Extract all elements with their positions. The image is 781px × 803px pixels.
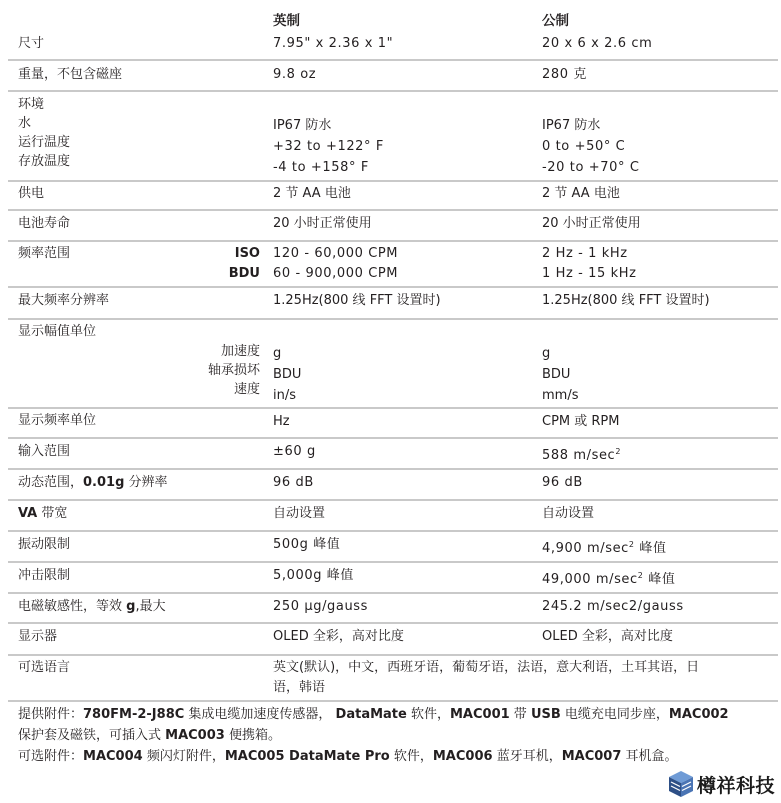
value-input-range-imperial: ±60 g [273, 442, 316, 462]
value-iso-metric: 2 Hz - 1 kHz [542, 244, 628, 264]
value-display-metric: OLED 全彩，高对比度 [542, 627, 673, 647]
company-logo: 樽祥科技 [668, 770, 775, 798]
label-bdu: BDU [229, 264, 260, 284]
label-vibration-limit: 振动限制 [18, 535, 70, 555]
supplied-accessories: 提供附件：780FM-2-J88C 集成电缆加速度传感器， DataMate 软… [18, 704, 778, 725]
label-max-resolution: 最大频率分辨率 [18, 291, 109, 311]
value-bdu-metric: 1 Hz - 15 kHz [542, 264, 637, 284]
label-languages: 可选语言 [18, 658, 70, 678]
value-va-bandwidth-metric: 自动设置 [542, 504, 594, 524]
supplied-accessories-cont: 保护套及磁铁，可插入式 MAC003 便携箱。 [18, 725, 778, 746]
value-power-metric: 2 节 AA 电池 [542, 184, 620, 204]
label-iso: ISO [235, 244, 260, 264]
value-storage-temp-metric: -20 to +70° C [542, 158, 640, 178]
label-display: 显示器 [18, 627, 57, 647]
label-bearing-damage: 轴承损坏 [208, 361, 260, 381]
value-velocity-metric: mm/s [542, 386, 578, 406]
value-battery-life-metric: 20 小时正常使用 [542, 214, 641, 234]
label-operating-temp: 运行温度 [18, 133, 70, 153]
value-em-sensitivity-imperial: 250 μg/gauss [273, 597, 368, 617]
label-shock-limit: 冲击限制 [18, 566, 70, 586]
value-languages-line2: 语，韩语 [273, 678, 325, 698]
row-frequency-range: 频率范围 ISO BDU 120 - 60,000 CPM 60 - 900,0… [8, 242, 778, 288]
label-em-sensitivity: 电磁敏感性，等效 g,最大 [18, 597, 166, 617]
header-imperial: 英制 [273, 9, 300, 29]
value-battery-life-imperial: 20 小时正常使用 [273, 214, 372, 234]
value-bearing-damage-metric: BDU [542, 365, 570, 385]
value-input-range-metric: 588 m/sec2 [542, 442, 621, 466]
row-em-sensitivity: 电磁敏感性，等效 g,最大 250 μg/gauss 245.2 m/sec2/… [8, 594, 778, 624]
value-bearing-damage-imperial: BDU [273, 365, 301, 385]
header-metric: 公制 [542, 9, 569, 29]
spec-sheet: 英制 公制 尺寸 7.95" x 2.36 x 1" 20 x 6 x 2.6 … [0, 0, 781, 803]
logo-cube-icon [668, 770, 694, 798]
value-storage-temp-imperial: -4 to +158° F [273, 158, 369, 178]
value-dynamic-range-metric: 96 dB [542, 473, 583, 493]
value-operating-temp-metric: 0 to +50° C [542, 137, 625, 157]
value-iso-imperial: 120 - 60,000 CPM [273, 244, 398, 264]
value-vibration-limit-imperial: 500g 峰值 [273, 535, 340, 555]
label-environment: 环境 [18, 95, 44, 115]
accessories-notes: 提供附件：780FM-2-J88C 集成电缆加速度传感器， DataMate 软… [18, 704, 778, 767]
label-va-bandwidth: VA 带宽 [18, 504, 67, 524]
label-size: 尺寸 [18, 34, 44, 54]
value-power-imperial: 2 节 AA 电池 [273, 184, 351, 204]
value-va-bandwidth-imperial: 自动设置 [273, 504, 325, 524]
value-dynamic-range-imperial: 96 dB [273, 473, 314, 493]
row-power: 供电 2 节 AA 电池 2 节 AA 电池 [8, 182, 778, 211]
value-weight-metric: 280 克 [542, 65, 587, 85]
label-power: 供电 [18, 184, 44, 204]
label-weight: 重量，不包含磁座 [18, 65, 122, 85]
value-water-metric: IP67 防水 [542, 116, 600, 136]
label-frequency-units: 显示频率单位 [18, 411, 96, 431]
value-size-imperial: 7.95" x 2.36 x 1" [273, 34, 393, 54]
row-vibration-limit: 振动限制 500g 峰值 4,900 m/sec2 峰值 [8, 532, 778, 563]
row-weight: 重量，不包含磁座 9.8 oz 280 克 [8, 61, 778, 92]
row-shock-limit: 冲击限制 5,000g 峰值 49,000 m/sec2 峰值 [8, 563, 778, 594]
label-battery-life: 电池寿命 [18, 214, 70, 234]
row-frequency-units: 显示频率单位 Hz CPM 或 RPM [8, 409, 778, 439]
value-size-metric: 20 x 6 x 2.6 cm [542, 34, 652, 54]
value-frequency-units-metric: CPM 或 RPM [542, 412, 620, 432]
optional-accessories: 可选附件：MAC004 频闪灯附件，MAC005 DataMate Pro 软件… [18, 746, 778, 767]
row-battery-life: 电池寿命 20 小时正常使用 20 小时正常使用 [8, 211, 778, 242]
label-water: 水 [18, 114, 31, 134]
value-em-sensitivity-metric: 245.2 m/sec2/gauss [542, 597, 684, 617]
value-languages-line1: 英文(默认)，中文，西班牙语，葡萄牙语，法语，意大利语，土耳其语，日 [273, 658, 699, 678]
label-acceleration: 加速度 [221, 342, 260, 362]
value-frequency-units-imperial: Hz [273, 412, 290, 432]
value-vibration-limit-metric: 4,900 m/sec2 峰值 [542, 535, 667, 559]
row-environment: 环境 水 运行温度 存放温度 IP67 防水 +32 to +122° F -4… [8, 92, 778, 182]
value-acceleration-imperial: g [273, 344, 281, 364]
value-operating-temp-imperial: +32 to +122° F [273, 137, 384, 157]
value-max-resolution-imperial: 1.25Hz(800 线 FFT 设置时) [273, 291, 441, 311]
row-max-resolution: 最大频率分辨率 1.25Hz(800 线 FFT 设置时) 1.25Hz(800… [8, 288, 778, 320]
row-input-range: 输入范围 ±60 g 588 m/sec2 [8, 439, 778, 470]
value-acceleration-metric: g [542, 344, 550, 364]
label-velocity: 速度 [234, 380, 260, 400]
row-va-bandwidth: VA 带宽 自动设置 自动设置 [8, 501, 778, 532]
row-display: 显示器 OLED 全彩，高对比度 OLED 全彩，高对比度 [8, 624, 778, 656]
row-languages: 可选语言 英文(默认)，中文，西班牙语，葡萄牙语，法语，意大利语，土耳其语，日 … [8, 656, 778, 702]
value-weight-imperial: 9.8 oz [273, 65, 316, 85]
row-dynamic-range: 动态范围，0.01g 分辨率 96 dB 96 dB [8, 470, 778, 501]
label-input-range: 输入范围 [18, 442, 70, 462]
row-size: 尺寸 7.95" x 2.36 x 1" 20 x 6 x 2.6 cm [8, 30, 778, 61]
value-shock-limit-metric: 49,000 m/sec2 峰值 [542, 566, 675, 590]
value-max-resolution-metric: 1.25Hz(800 线 FFT 设置时) [542, 291, 710, 311]
value-bdu-imperial: 60 - 900,000 CPM [273, 264, 398, 284]
value-shock-limit-imperial: 5,000g 峰值 [273, 566, 354, 586]
row-amplitude-units: 显示幅值单位 加速度 轴承损坏 速度 g BDU in/s g BDU mm/s [8, 320, 778, 409]
value-display-imperial: OLED 全彩，高对比度 [273, 627, 404, 647]
label-dynamic-range: 动态范围，0.01g 分辨率 [18, 473, 168, 493]
logo-text: 樽祥科技 [697, 771, 775, 798]
value-velocity-imperial: in/s [273, 386, 296, 406]
value-water-imperial: IP67 防水 [273, 116, 331, 136]
label-storage-temp: 存放温度 [18, 152, 70, 172]
